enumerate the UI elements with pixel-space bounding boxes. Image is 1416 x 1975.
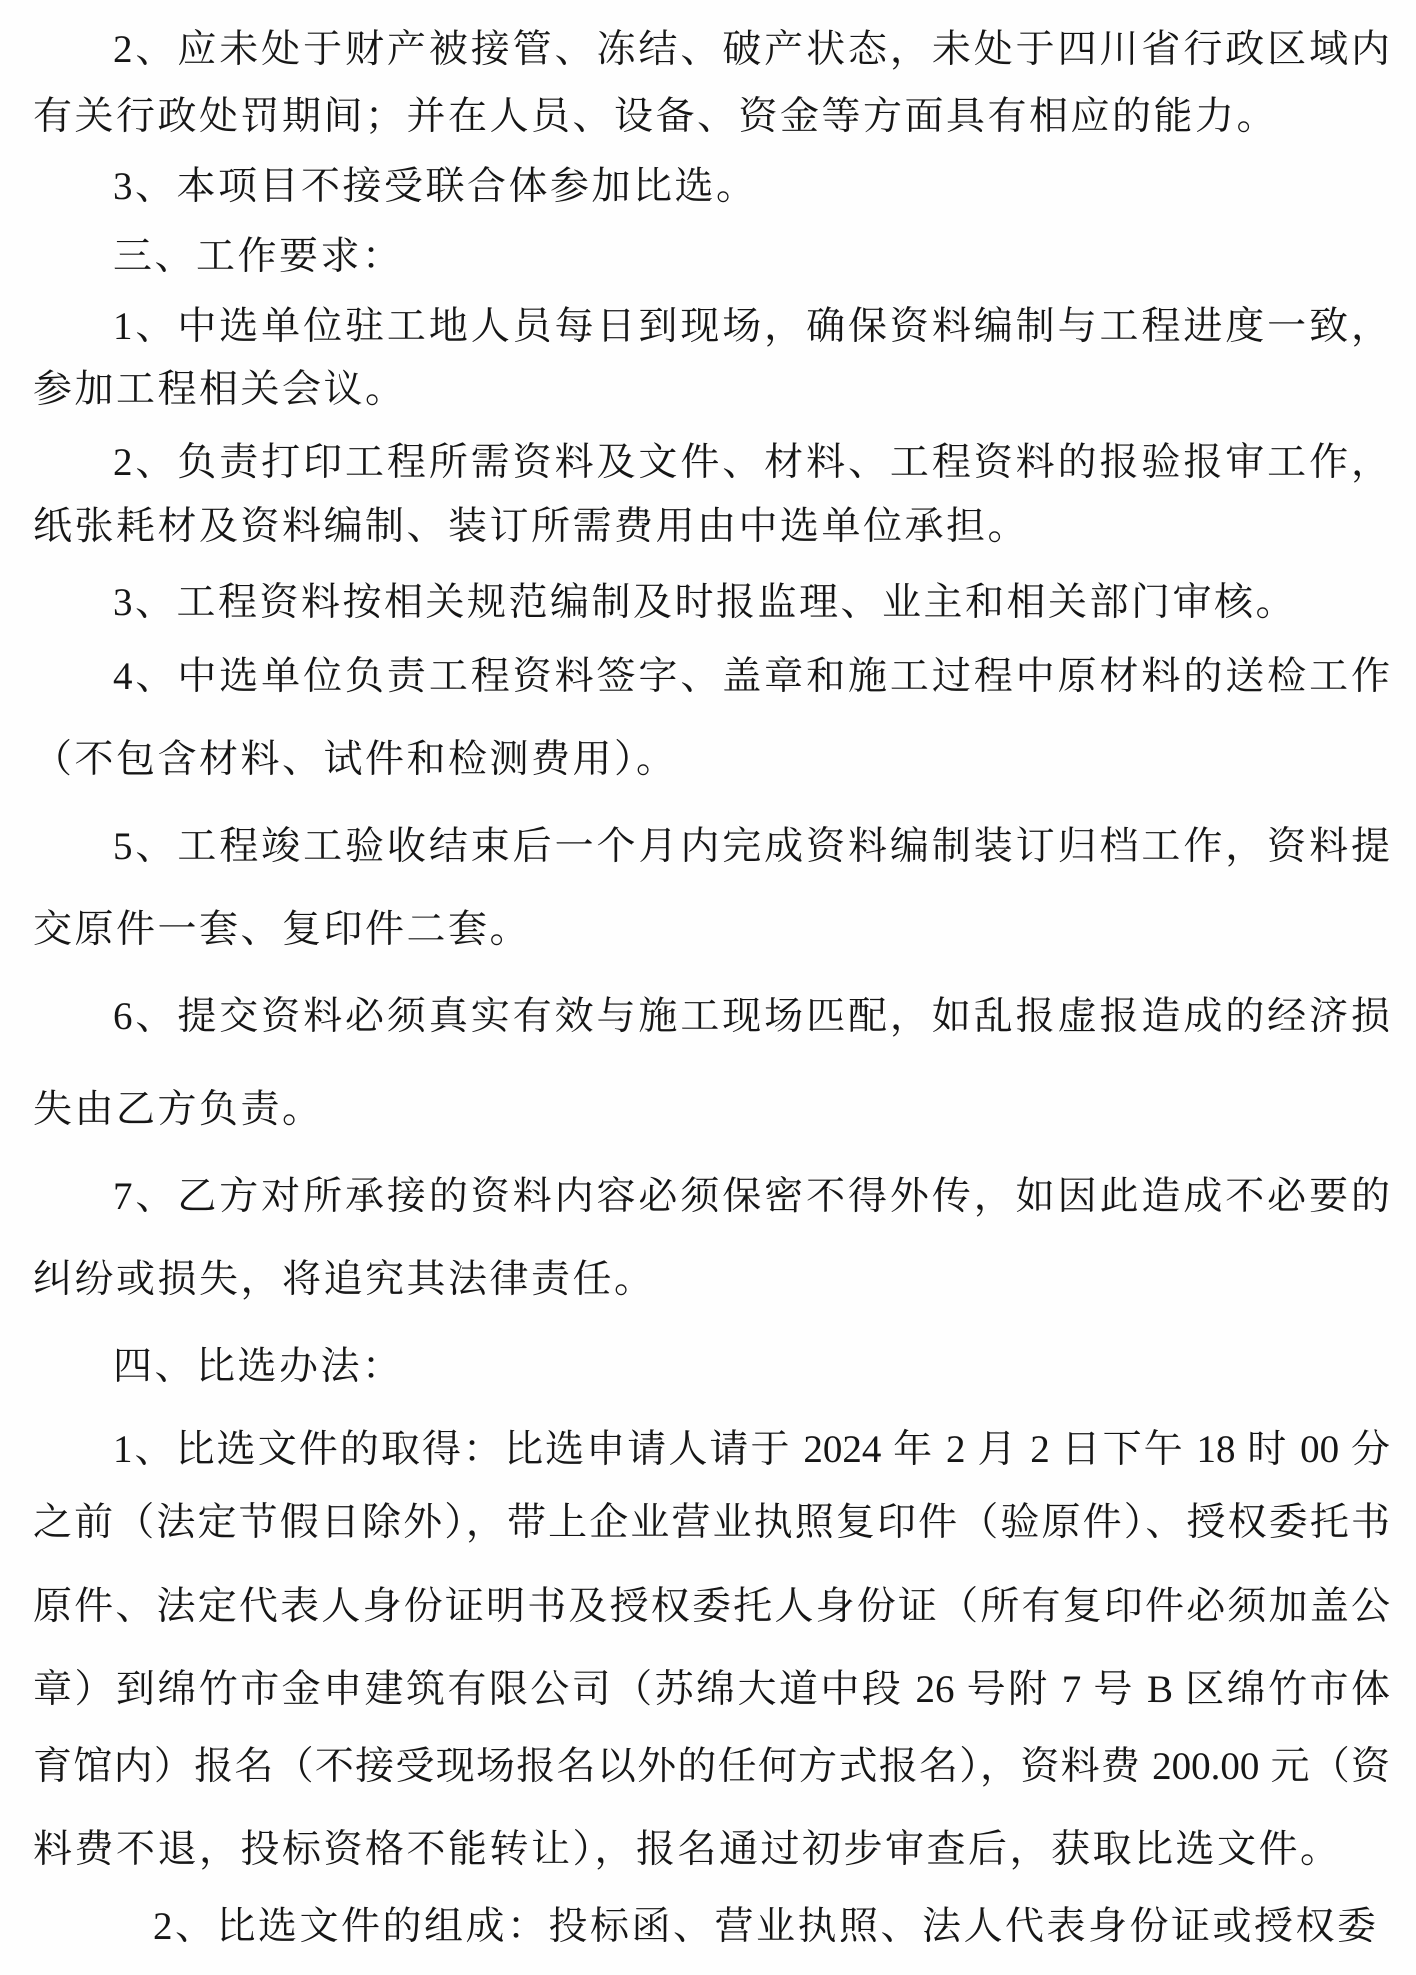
section-heading-selection-method: 四、比选办法：: [113, 1345, 1390, 1390]
doc-line: 原件、法定代表人身份证明书及授权委托人身份证（所有复印件必须加盖公: [33, 1585, 1390, 1630]
doc-line: 5、工程竣工验收结束后一个月内完成资料编制装订归档工作，资料提: [113, 825, 1390, 870]
doc-line: 7、乙方对所承接的资料内容必须保密不得外传，如因此造成不必要的: [113, 1175, 1390, 1220]
doc-line: 参加工程相关会议。: [33, 368, 1390, 413]
doc-line: 2、比选文件的组成：投标函、营业执照、法人代表身份证或授权委: [153, 1905, 1390, 1950]
doc-line: 2、应未处于财产被接管、冻结、破产状态，未处于四川省行政区域内: [113, 28, 1390, 73]
doc-line: 章）到绵竹市金申建筑有限公司（苏绵大道中段 26 号附 7 号 B 区绵竹市体: [33, 1668, 1390, 1713]
doc-line: （不包含材料、试件和检测费用）。: [33, 738, 1390, 783]
doc-line: 育馆内）报名（不接受现场报名以外的任何方式报名），资料费 200.00 元（资: [33, 1745, 1390, 1790]
document-page: 2、应未处于财产被接管、冻结、破产状态，未处于四川省行政区域内 有关行政处罚期间…: [0, 0, 1416, 1975]
doc-line: 失由乙方负责。: [33, 1088, 1390, 1133]
section-heading-work-requirements: 三、工作要求：: [113, 235, 1390, 280]
doc-line: 料费不退，投标资格不能转让），报名通过初步审查后，获取比选文件。: [33, 1828, 1390, 1873]
doc-line: 有关行政处罚期间；并在人员、设备、资金等方面具有相应的能力。: [33, 95, 1390, 140]
doc-line: 纸张耗材及资料编制、装订所需费用由中选单位承担。: [33, 505, 1390, 550]
doc-line: 3、工程资料按相关规范编制及时报监理、业主和相关部门审核。: [113, 581, 1390, 626]
doc-line: 1、中选单位驻工地人员每日到现场，确保资料编制与工程进度一致，: [113, 305, 1390, 350]
doc-line: 之前（法定节假日除外），带上企业营业执照复印件（验原件）、授权委托书: [33, 1501, 1390, 1546]
doc-line: 纠纷或损失，将追究其法律责任。: [33, 1258, 1390, 1303]
doc-line: 3、本项目不接受联合体参加比选。: [113, 165, 1390, 210]
doc-line: 交原件一套、复印件二套。: [33, 908, 1390, 953]
doc-line: 1、比选文件的取得：比选申请人请于 2024 年 2 月 2 日下午 18 时 …: [113, 1428, 1390, 1473]
doc-line: 2、负责打印工程所需资料及文件、材料、工程资料的报验报审工作，: [113, 441, 1390, 486]
doc-line: 6、提交资料必须真实有效与施工现场匹配，如乱报虚报造成的经济损: [113, 995, 1390, 1040]
doc-line: 4、中选单位负责工程资料签字、盖章和施工过程中原材料的送检工作: [113, 655, 1390, 700]
